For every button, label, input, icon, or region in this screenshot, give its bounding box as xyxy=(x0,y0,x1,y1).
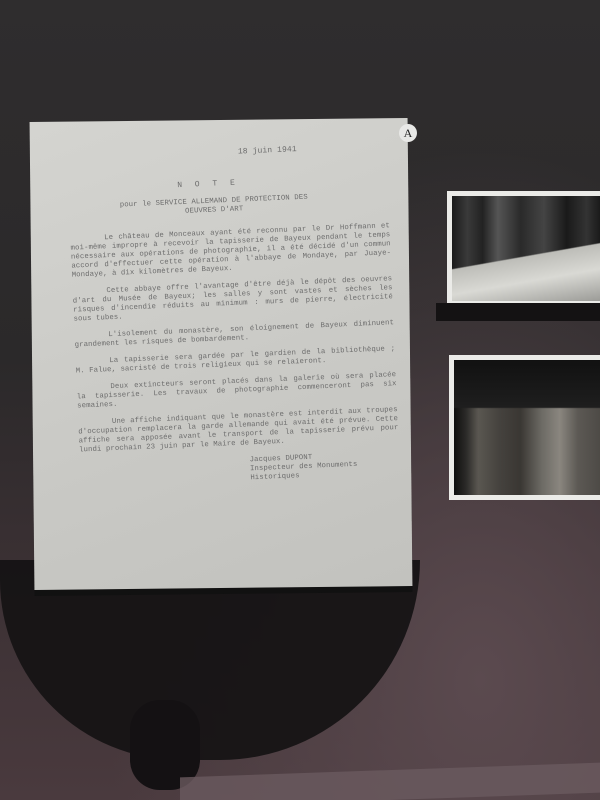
paragraph: Deux extincteurs seront placés dans la g… xyxy=(76,371,397,411)
document-text: 18 juin 1941 N O T E pour le SERVICE ALL… xyxy=(67,141,401,490)
paragraph: Cette abbaye offre l'avantage d'être déj… xyxy=(72,275,393,324)
photo-officers-outdoors xyxy=(449,355,600,500)
photo-mount-shelf xyxy=(436,303,600,321)
photo-officers-viewing-tapestry xyxy=(447,191,600,306)
signature-block: Jacques DUPONT Inspecteur des Monuments … xyxy=(249,450,400,483)
paragraph: L'isolement du monastère, son éloignemen… xyxy=(74,319,394,350)
photo-image xyxy=(454,360,600,495)
paragraph: Une affiche indiquant que le monastère e… xyxy=(78,406,399,455)
marker-a-badge: A xyxy=(399,124,417,142)
paragraph: Le château de Monceaux ayant été reconnu… xyxy=(70,222,392,280)
paragraph: La tapisserie sera gardée par le gardien… xyxy=(75,345,395,376)
document-date: 18 juin 1941 xyxy=(67,141,387,163)
photo-image xyxy=(452,196,600,301)
typed-document: 18 juin 1941 N O T E pour le SERVICE ALL… xyxy=(30,118,413,590)
document-subtitle: pour le SERVICE ALLEMAND DE PROTECTION D… xyxy=(69,190,389,221)
